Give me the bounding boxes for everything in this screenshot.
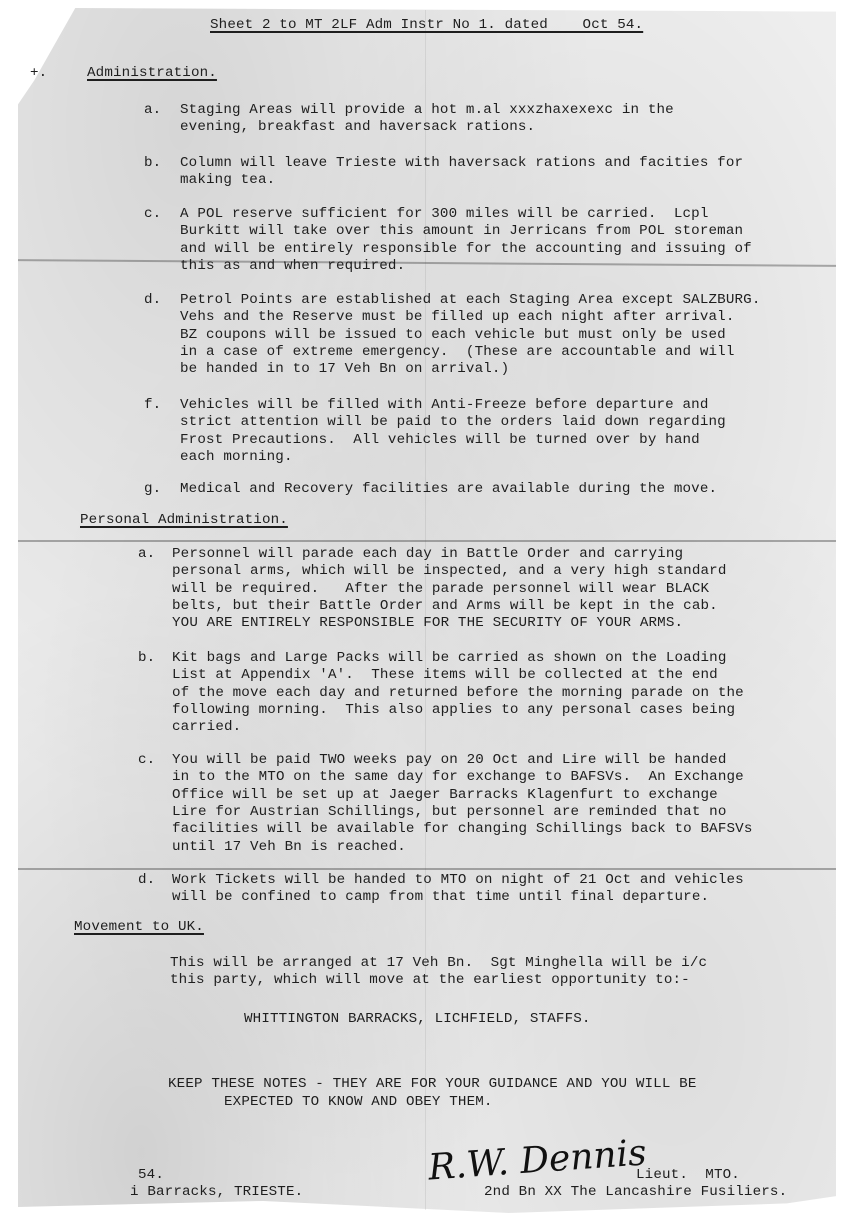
item-text-line: be handed in to 17 Veh Bn on arrival.) [180,361,509,379]
item-text-line: carried. [172,719,241,737]
item-text-line: will be required. After the parade perso… [172,581,709,599]
movement-line-1: This will be arranged at 17 Veh Bn. Sgt … [170,955,707,973]
footer-location: i Barracks, TRIESTE. [130,1184,303,1202]
item-text-line: Work Tickets will be handed to MTO on ni… [172,872,744,890]
item-text-line: in to the MTO on the same day for exchan… [172,769,744,787]
fold-crease [18,868,836,870]
section-number: +. [30,65,47,83]
item-label: g. [144,481,161,499]
item-text-line: YOU ARE ENTIRELY RESPONSIBLE FOR THE SEC… [172,615,683,633]
item-text-line: Vehs and the Reserve must be filled up e… [180,309,735,327]
item-text-line: in a case of extreme emergency. (These a… [180,344,735,362]
item-text-line: following morning. This also applies to … [172,702,735,720]
item-text-line: facilities will be available for changin… [172,821,752,839]
item-text-line: each morning. [180,449,293,467]
item-text-line: Lire for Austrian Schillings, but person… [172,804,727,822]
item-text-line: Petrol Points are established at each St… [180,292,760,310]
signatory-rank: Lieut. MTO. [636,1167,740,1185]
movement-line-2: this party, which will move at the earli… [170,972,690,990]
section-heading-personal-administration: Personal Administration. [80,512,288,530]
item-label: b. [138,650,155,668]
section-heading-movement: Movement to UK. [74,919,204,937]
item-text-line: evening, breakfast and haversack rations… [180,119,535,137]
item-text-line: Personnel will parade each day in Battle… [172,546,683,564]
item-text-line: Kit bags and Large Packs will be carried… [172,650,727,668]
signatory-unit: 2nd Bn XX The Lancashire Fusiliers. [484,1184,787,1202]
item-text-line: strict attention will be paid to the ord… [180,414,726,432]
item-text-line: personal arms, which will be inspected, … [172,563,727,581]
item-label: a. [138,546,155,564]
item-text-line: Medical and Recovery facilities are avai… [180,481,717,499]
item-label: c. [144,206,161,224]
item-text-line: and will be entirely responsible for the… [180,241,752,259]
item-text-line: will be confined to camp from that time … [172,889,709,907]
item-label: b. [144,155,161,173]
item-label: d. [138,872,155,890]
item-text-line: Burkitt will take over this amount in Je… [180,223,743,241]
destination-address: WHITTINGTON BARRACKS, LICHFIELD, STAFFS. [244,1011,591,1029]
item-text-line: until 17 Veh Bn is reached. [172,839,406,857]
item-text-line: BZ coupons will be issued to each vehicl… [180,327,726,345]
item-text-line: making tea. [180,172,275,190]
section-heading-administration: Administration. [87,65,217,83]
notice-line-2: EXPECTED TO KNOW AND OBEY THEM. [224,1094,493,1112]
fold-crease [18,540,836,542]
notice-line-1: KEEP THESE NOTES - THEY ARE FOR YOUR GUI… [168,1076,697,1094]
item-label: f. [144,397,161,415]
item-text-line: A POL reserve sufficient for 300 miles w… [180,206,709,224]
item-label: c. [138,752,155,770]
document-title: Sheet 2 to MT 2LF Adm Instr No 1. dated … [210,17,643,35]
footer-date: 54. [138,1167,164,1185]
item-label: a. [144,102,161,120]
item-text-line: Column will leave Trieste with haversack… [180,155,743,173]
item-text-line: Frost Precautions. All vehicles will be … [180,432,700,450]
item-text-line: this as and when required. [180,258,405,276]
item-text-line: of the move each day and returned before… [172,685,744,703]
item-text-line: Staging Areas will provide a hot m.al xx… [180,102,674,120]
item-text-line: Vehicles will be filled with Anti-Freeze… [180,397,709,415]
item-text-line: Office will be set up at Jaeger Barracks… [172,787,718,805]
item-label: d. [144,292,161,310]
item-text-line: List at Appendix 'A'. These items will b… [172,667,718,685]
item-text-line: belts, but their Battle Order and Arms w… [172,598,718,616]
item-text-line: You will be paid TWO weeks pay on 20 Oct… [172,752,727,770]
